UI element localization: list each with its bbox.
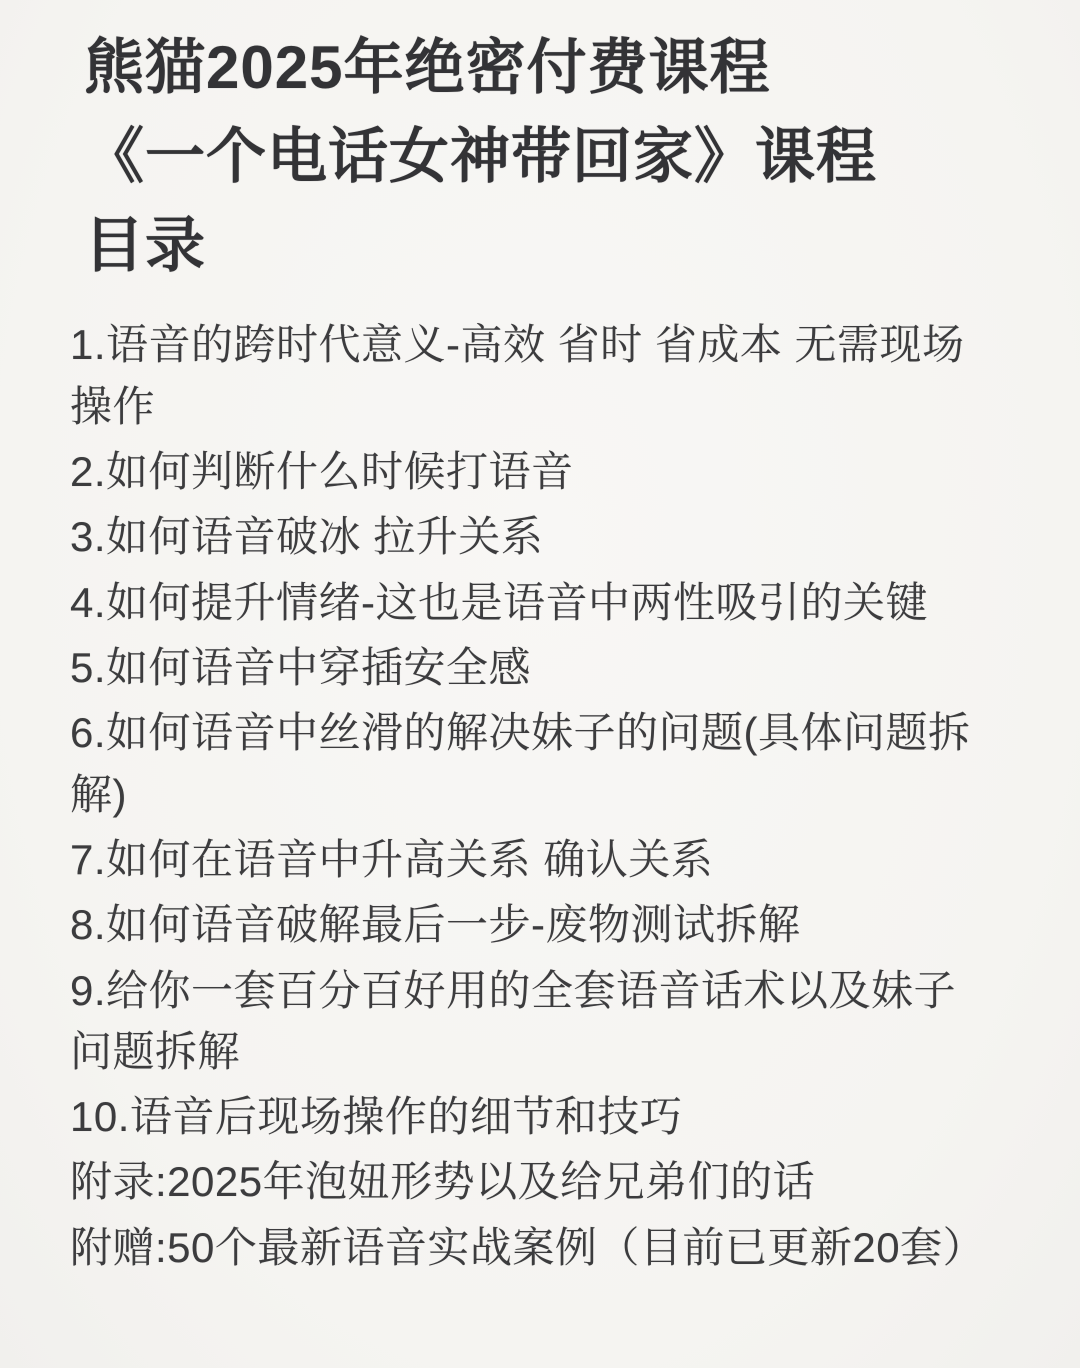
toc-item-appendix: 附录:2025年泡妞形势以及给兄弟们的话 [70, 1151, 984, 1212]
toc-item-4: 4.如何提升情绪-这也是语音中两性吸引的关键 [70, 572, 984, 633]
toc-item-5: 5.如何语音中穿插安全感 [70, 637, 984, 698]
toc-item-3: 3.如何语音破冰 拉升关系 [70, 506, 984, 567]
toc-item-10: 10.语音后现场操作的细节和技巧 [70, 1086, 984, 1147]
toc-list: 1.语音的跨时代意义-高效 省时 省成本 无需现场操作 2.如何判断什么时候打语… [70, 314, 984, 1278]
toc-item-2: 2.如何判断什么时候打语音 [70, 441, 984, 502]
toc-item-bonus: 附赠:50个最新语音实战案例（目前已更新20套） [70, 1217, 984, 1278]
toc-item-6: 6.如何语音中丝滑的解决妹子的问题(具体问题拆解) [70, 702, 984, 825]
title-line-1: 熊猫2025年绝密付费课程 [84, 24, 984, 113]
title-line-3: 目录 [84, 202, 984, 291]
title-line-2: 《一个电话女神带回家》课程 [84, 113, 984, 202]
document-page: 熊猫2025年绝密付费课程 《一个电话女神带回家》课程 目录 1.语音的跨时代意… [0, 0, 1080, 1368]
toc-item-1: 1.语音的跨时代意义-高效 省时 省成本 无需现场操作 [70, 314, 984, 437]
toc-item-7: 7.如何在语音中升高关系 确认关系 [70, 829, 984, 890]
toc-item-9: 9.给你一套百分百好用的全套语音话术以及妹子问题拆解 [70, 960, 984, 1083]
page-title: 熊猫2025年绝密付费课程 《一个电话女神带回家》课程 目录 [70, 24, 984, 290]
toc-item-8: 8.如何语音破解最后一步-废物测试拆解 [70, 894, 984, 955]
